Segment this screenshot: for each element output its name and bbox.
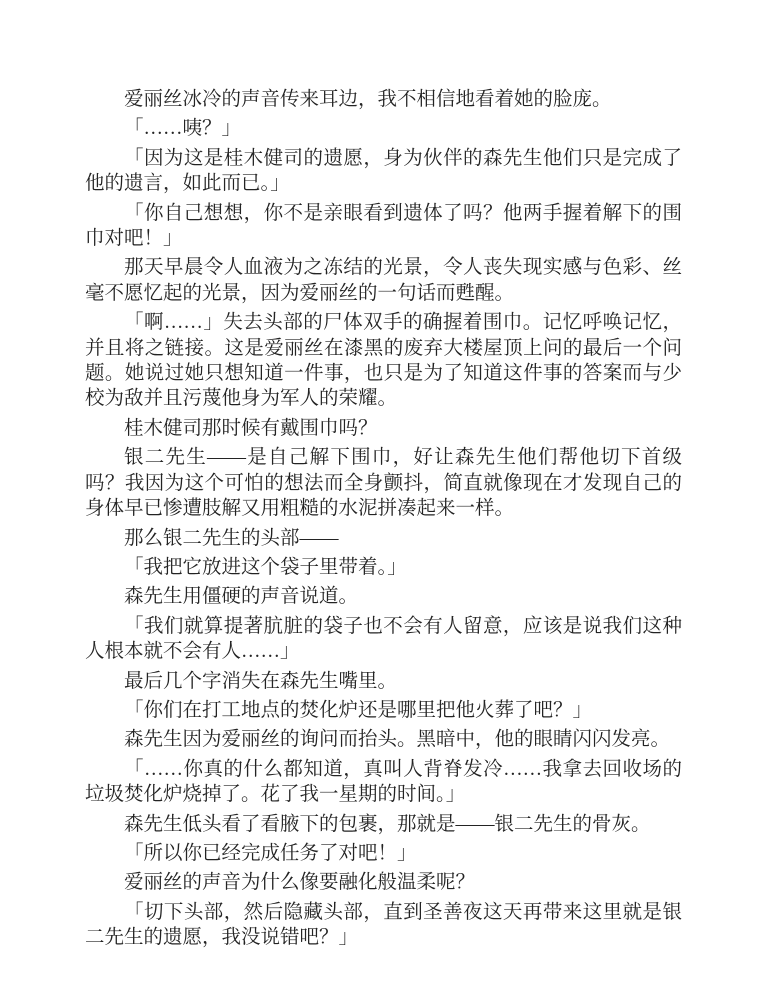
paragraph: 那么银二先生的头部—— — [85, 526, 682, 551]
paragraph: 「……咦？」 — [85, 116, 682, 141]
text-block: 爱丽丝冰冷的声音传来耳边，我不相信地看着她的脸庞。「……咦？」「因为这是桂木健司… — [85, 87, 682, 951]
paragraph: 「因为这是桂木健司的遗愿，身为伙伴的森先生他们只是完成了他的遗言，如此而已。」 — [85, 146, 682, 197]
paragraph: 那天早晨令人血液为之冻结的光景，令人丧失现实感与色彩、丝毫不愿忆起的光景，因为爱… — [85, 255, 682, 306]
paragraph: 「你自己想想，你不是亲眼看到遗体了吗？他两手握着解下的围巾对吧！」 — [85, 201, 682, 252]
paragraph: 森先生用僵硬的声音说道。 — [85, 584, 682, 609]
paragraph: 森先生因为爱丽丝的询问而抬头。黑暗中，他的眼睛闪闪发亮。 — [85, 727, 682, 752]
paragraph: 「我把它放进这个袋子里带着。」 — [85, 555, 682, 580]
paragraph: 桂木健司那时候有戴围巾吗？ — [85, 416, 682, 441]
paragraph: 爱丽丝的声音为什么像要融化般温柔呢？ — [85, 870, 682, 895]
paragraph: 森先生低头看了看腋下的包裹，那就是——银二先生的骨灰。 — [85, 812, 682, 837]
paragraph: 最后几个字消失在森先生嘴里。 — [85, 669, 682, 694]
paragraph: 爱丽丝冰冷的声音传来耳边，我不相信地看着她的脸庞。 — [85, 87, 682, 112]
paragraph: 「你们在打工地点的焚化炉还是哪里把他火葬了吧？」 — [85, 698, 682, 723]
paragraph: 「切下头部，然后隐藏头部，直到圣善夜这天再带来这里就是银二先生的遗愿，我没说错吧… — [85, 900, 682, 951]
paragraph: 「我们就算提著肮脏的袋子也不会有人留意，应该是说我们这种人根本就不会有人……」 — [85, 614, 682, 665]
paragraph: 银二先生——是自己解下围巾，好让森先生他们帮他切下首级吗？我因为这个可怕的想法而… — [85, 445, 682, 521]
paragraph: 「……你真的什么都知道，真叫人背脊发冷……我拿去回收场的垃圾焚化炉烧掉了。花了我… — [85, 757, 682, 808]
paragraph: 「啊……」失去头部的尸体双手的确握着围巾。记忆呼唤记忆，并且将之链接。这是爱丽丝… — [85, 310, 682, 412]
paragraph: 「所以你已经完成任务了对吧！」 — [85, 841, 682, 866]
book-page: 爱丽丝冰冷的声音传来耳边，我不相信地看着她的脸庞。「……咦？」「因为这是桂木健司… — [0, 0, 765, 990]
